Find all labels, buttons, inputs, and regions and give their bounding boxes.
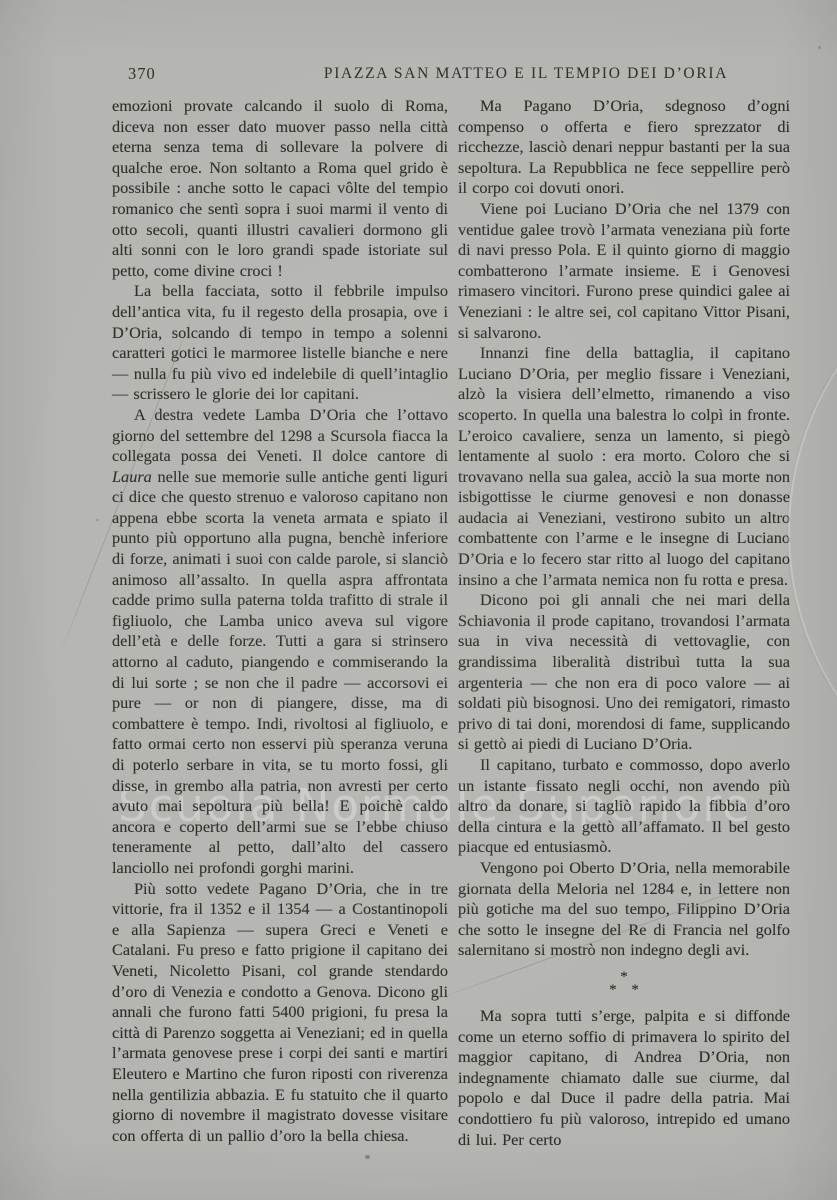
paragraph: Innanzi fine della battaglia, il capitan… xyxy=(458,343,790,590)
page-number: 370 xyxy=(128,64,156,84)
text-body: emozioni provate calcando il suolo di Ro… xyxy=(112,96,790,1150)
scan-speck xyxy=(818,46,821,49)
text-column-left: emozioni provate calcando il suolo di Ro… xyxy=(112,96,448,1150)
paragraph: A destra vedete Lamba D’Oria che l’ottav… xyxy=(112,405,448,879)
paragraph: Dicono poi gli annali che nei mari della… xyxy=(458,590,790,755)
paragraph: La bella facciata, sotto il febbrile imp… xyxy=(112,281,448,405)
paragraph: Più sotto vedete Pagano D’Oria, che in t… xyxy=(112,879,448,1147)
paragraph: Vengono poi Oberto D’Oria, nella memorab… xyxy=(458,858,790,961)
paragraph: Ma Pagano D’Oria, sdegnoso d’ogni compen… xyxy=(458,96,790,199)
paragraph: Il capitano, turbato e commosso, dopo av… xyxy=(458,755,790,858)
embossed-stamp-arc xyxy=(788,230,837,834)
paragraph: Viene poi Luciano D’Oria che nel 1379 co… xyxy=(458,199,790,343)
asterism-divider: ** * xyxy=(458,971,790,997)
running-title: PIAZZA SAN MATTEO E IL TEMPIO DEI D’ORIA xyxy=(324,65,728,83)
paragraph: Ma sopra tutti s’erge, palpita e si diff… xyxy=(458,1006,790,1150)
text-column-right: Ma Pagano D’Oria, sdegnoso d’ogni compen… xyxy=(458,96,790,1150)
scan-speck xyxy=(365,1155,370,1159)
scan-speck xyxy=(96,519,99,521)
scanned-page: { "page": { "number": "370", "running_ti… xyxy=(0,0,837,1200)
paragraph: emozioni provate calcando il suolo di Ro… xyxy=(112,96,448,281)
